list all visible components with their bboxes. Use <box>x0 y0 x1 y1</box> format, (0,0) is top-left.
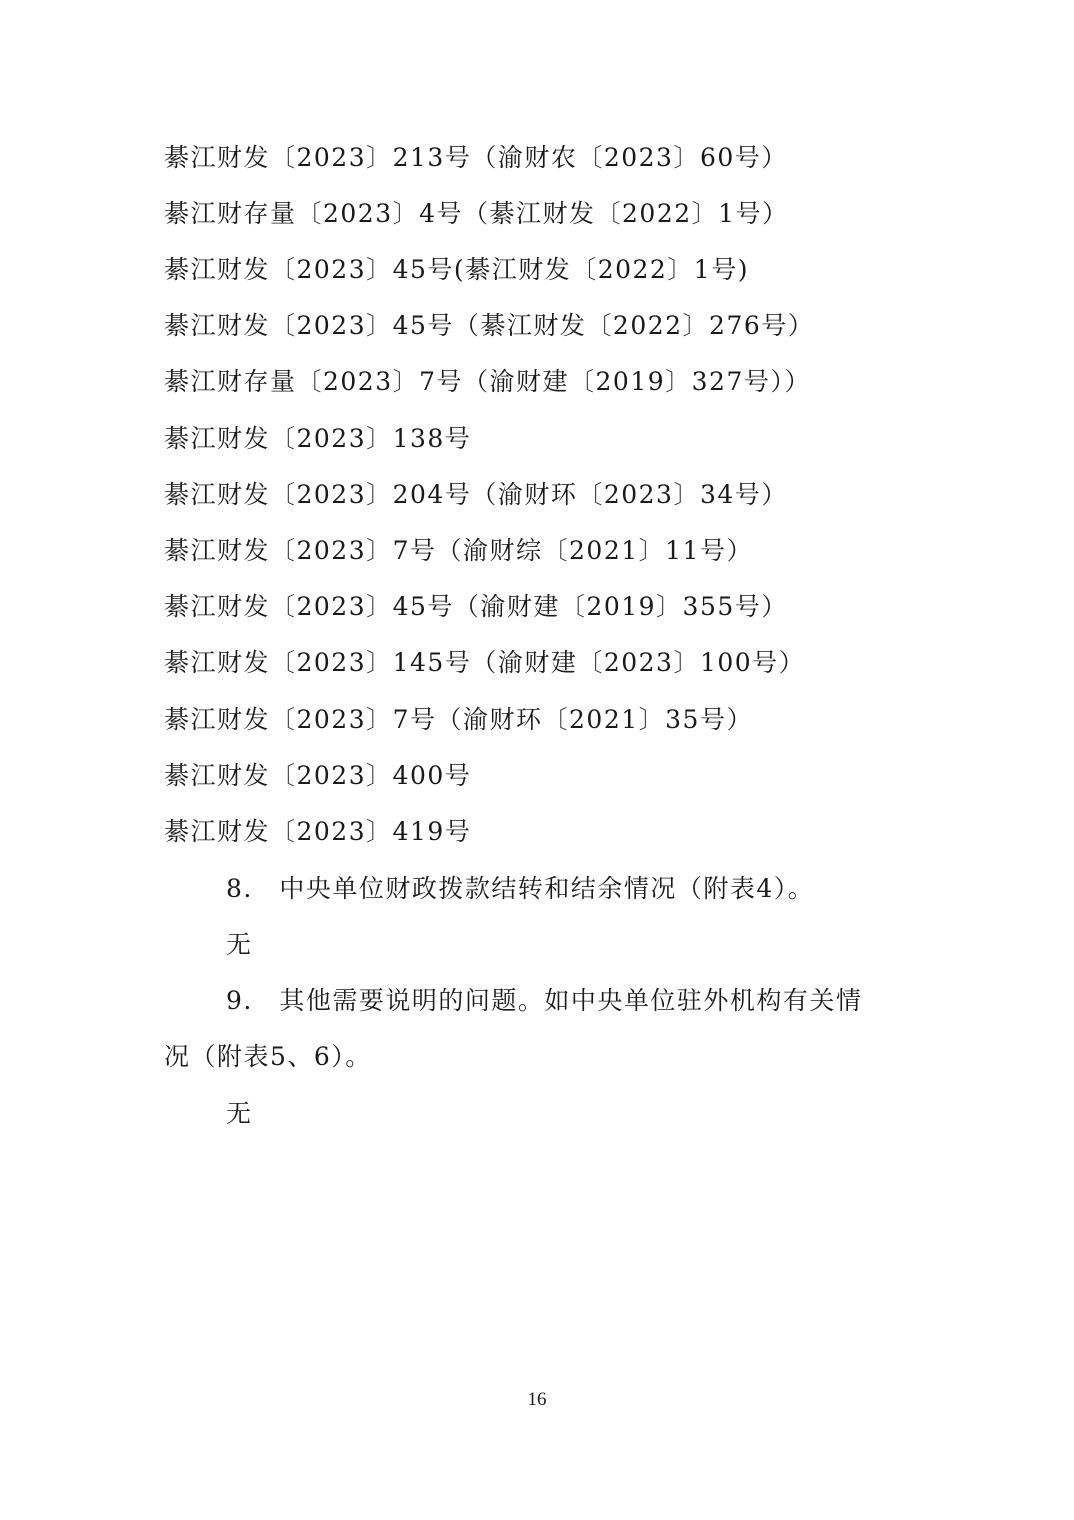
reference-line: 綦江财发〔2023〕7号（渝财综〔2021〕11号） <box>164 535 753 567</box>
section-9-heading: 9. 其他需要说明的问题。如中央单位驻外机构有关情 <box>226 985 862 1017</box>
document-page: 綦江财发〔2023〕213号（渝财农〔2023〕60号） 綦江财存量〔2023〕… <box>0 0 1074 1520</box>
page-number: 16 <box>0 1388 1074 1412</box>
reference-line: 綦江财发〔2023〕138号 <box>164 423 471 455</box>
reference-line: 綦江财存量〔2023〕4号（綦江财发〔2022〕1号） <box>164 198 789 230</box>
reference-line: 綦江财发〔2023〕400号 <box>164 760 471 792</box>
reference-line: 綦江财发〔2023〕45号（綦江财发〔2022〕276号） <box>164 310 814 342</box>
section-9-heading-continuation: 况（附表5、6）。 <box>164 1041 372 1073</box>
section-8-heading: 8. 中央单位财政拨款结转和结余情况（附表4）。 <box>226 873 814 905</box>
reference-line: 綦江财发〔2023〕213号（渝财农〔2023〕60号） <box>164 142 788 174</box>
reference-line: 綦江财发〔2023〕145号（渝财建〔2023〕100号） <box>164 647 805 679</box>
reference-line: 綦江财发〔2023〕7号（渝财环〔2021〕35号） <box>164 704 753 736</box>
section-8-answer: 无 <box>226 929 253 961</box>
reference-line: 綦江财发〔2023〕45号(綦江财发〔2022〕1号) <box>164 254 749 286</box>
reference-line: 綦江财发〔2023〕204号（渝财环〔2023〕34号） <box>164 479 788 511</box>
section-9-answer: 无 <box>226 1098 253 1130</box>
reference-line: 綦江财发〔2023〕419号 <box>164 816 471 848</box>
reference-line: 綦江财发〔2023〕45号（渝财建〔2019〕355号） <box>164 591 788 623</box>
reference-line: 綦江财存量〔2023〕7号（渝财建〔2019〕327号）） <box>164 366 811 398</box>
